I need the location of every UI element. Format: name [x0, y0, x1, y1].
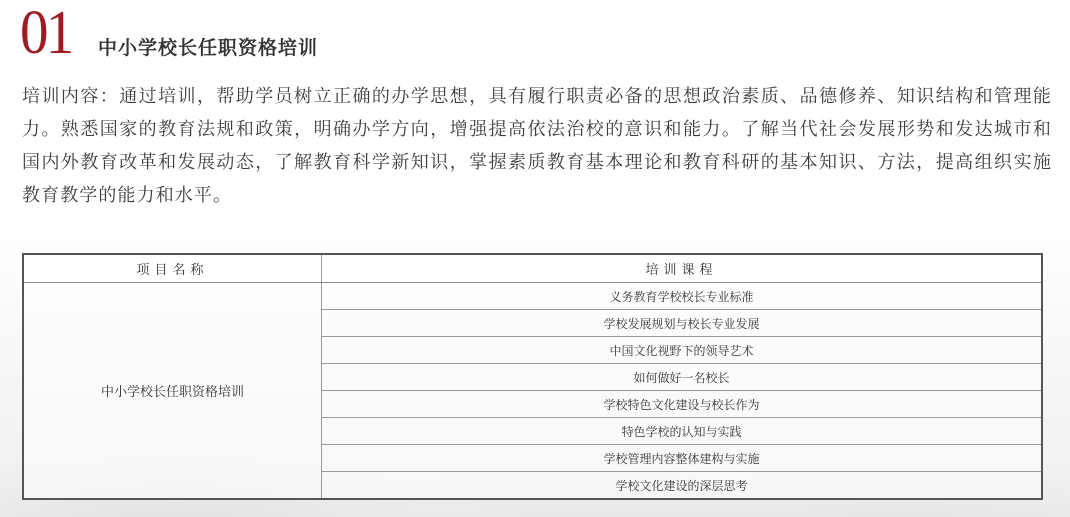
course-cell: 学校文化建设的深层思考 [322, 472, 1043, 500]
course-cell: 特色学校的认知与实践 [322, 418, 1043, 445]
section-title: 中小学校长任职资格培训 [98, 33, 318, 60]
course-cell: 学校特色文化建设与校长作为 [322, 391, 1043, 418]
header-project-name: 项目名称 [23, 254, 322, 283]
course-cell: 中国文化视野下的领导艺术 [322, 337, 1043, 364]
header-courses: 培训课程 [322, 254, 1043, 283]
course-table: 项目名称 培训课程 中小学校长任职资格培训 义务教育学校校长专业标准 学校发展规… [22, 253, 1043, 500]
course-cell: 义务教育学校校长专业标准 [322, 283, 1043, 310]
table-header-row: 项目名称 培训课程 [23, 254, 1042, 283]
course-cell: 学校管理内容整体建构与实施 [322, 445, 1043, 472]
course-cell: 学校发展规划与校长专业发展 [322, 310, 1043, 337]
project-name-cell: 中小学校长任职资格培训 [23, 283, 322, 500]
training-content-paragraph: 培训内容：通过培训，帮助学员树立正确的办学思想，具有履行职责必备的思想政治素质、… [22, 80, 1052, 212]
course-cell: 如何做好一名校长 [322, 364, 1043, 391]
table-row: 中小学校长任职资格培训 义务教育学校校长专业标准 [23, 283, 1042, 310]
section-number: 01 [20, 2, 72, 64]
